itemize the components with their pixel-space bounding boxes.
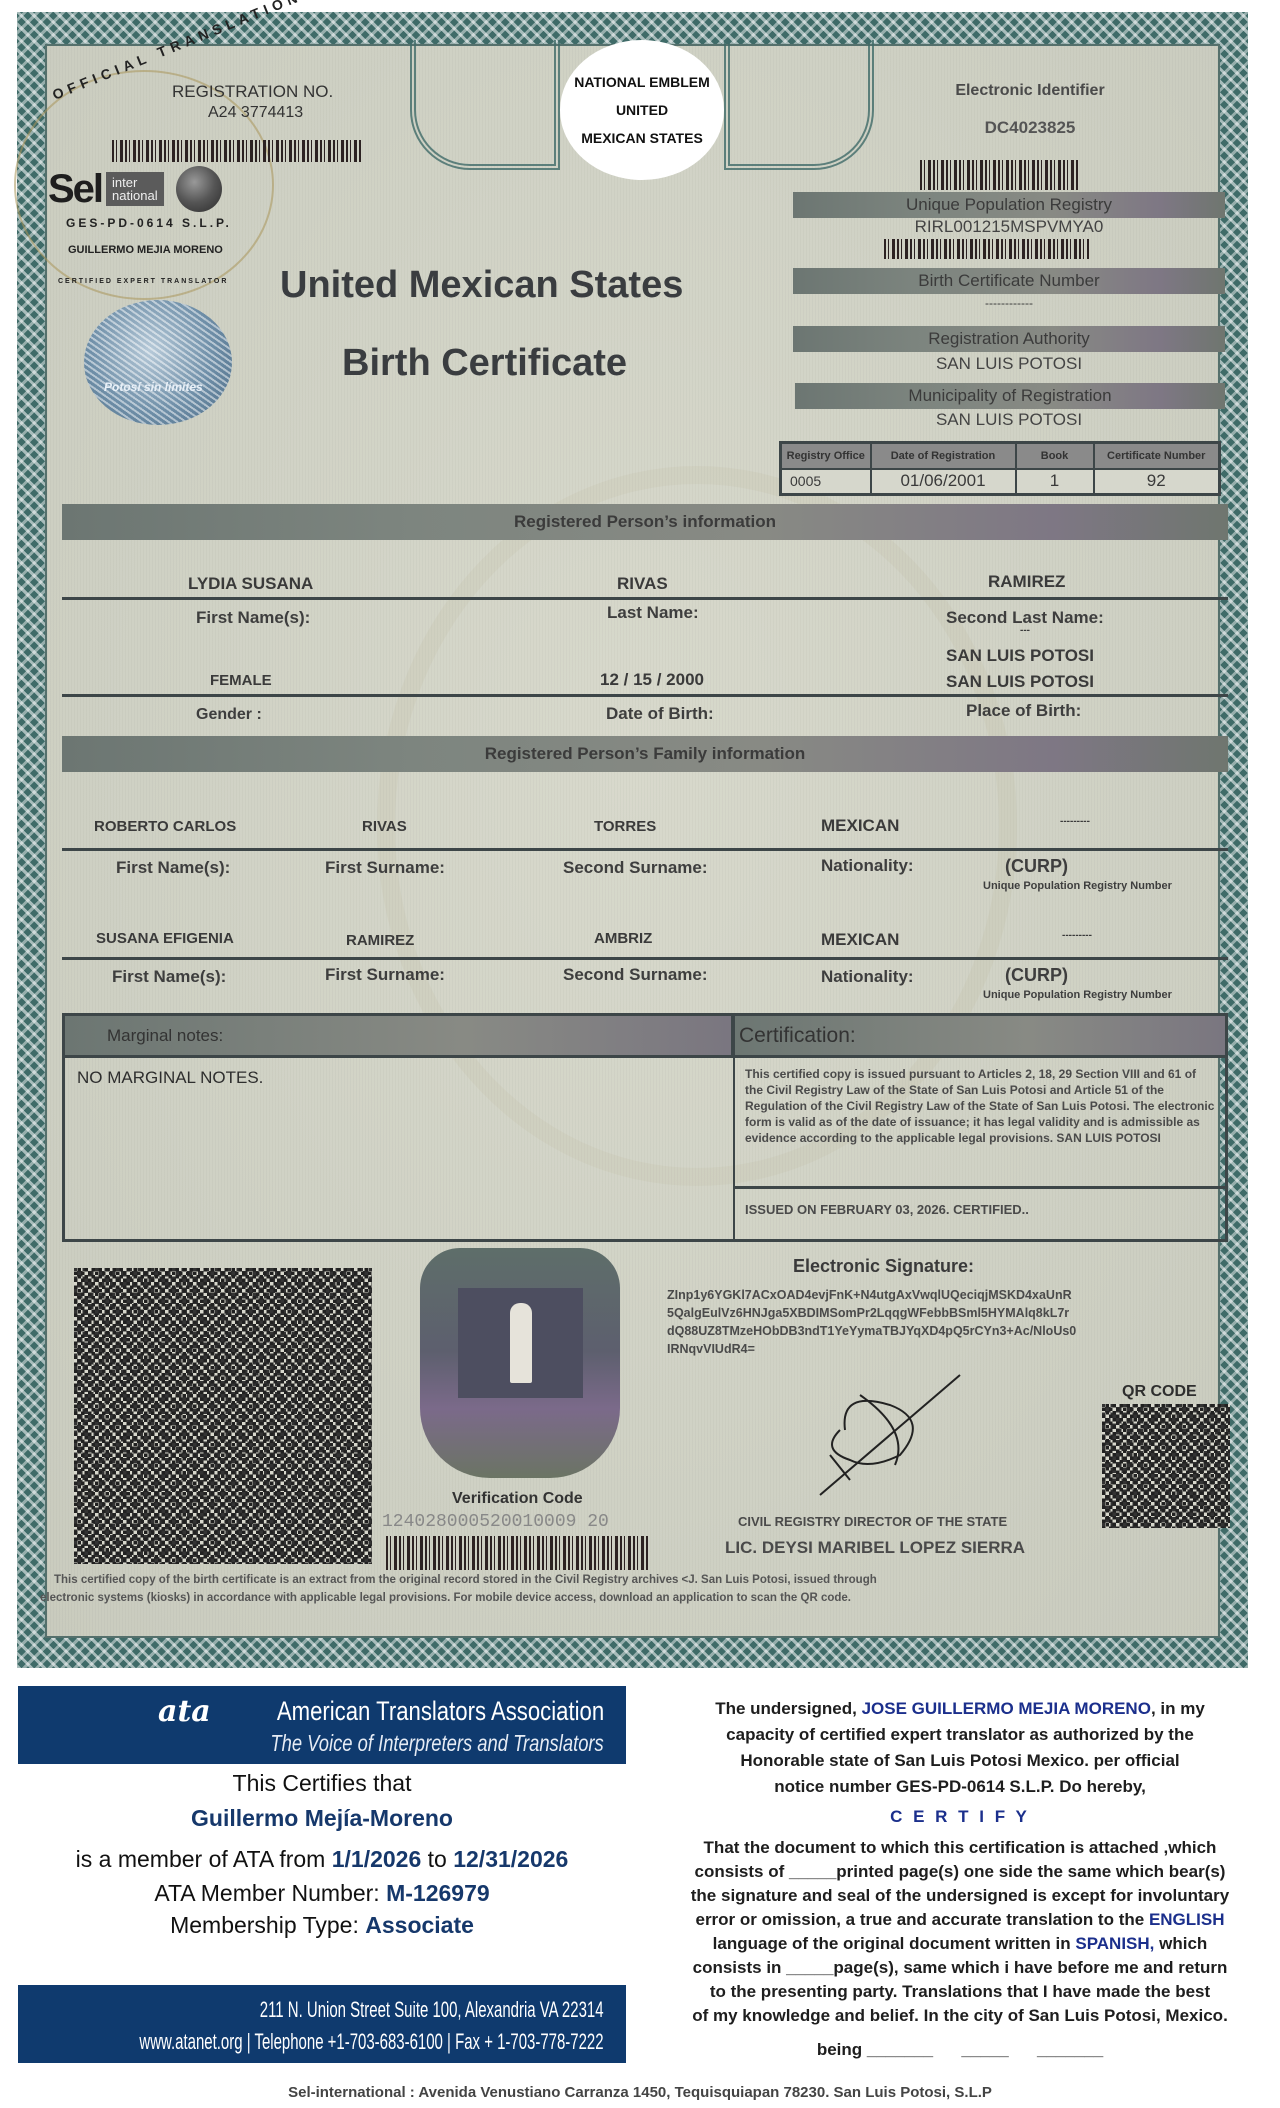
date-of-registration: 01/06/2001 — [871, 469, 1016, 495]
birth-certificate-number-bar: Birth Certificate Number — [793, 268, 1225, 294]
cert-p2-line3: the signature and seal of the undersigne… — [660, 1884, 1260, 1908]
certificate-footer-line-1: This certified copy of the birth certifi… — [54, 1574, 877, 1586]
registration-barcode — [112, 140, 362, 162]
handwritten-signature — [800, 1370, 1000, 1510]
registry-table: Registry Office Date of Registration Boo… — [779, 441, 1221, 496]
qr-code-label: QR CODE — [1122, 1383, 1197, 1401]
unique-population-registry: RIRL001215MSPVMYA0 — [793, 217, 1225, 237]
place-of-birth-label: Place of Birth: — [966, 701, 1081, 721]
ata-certifies: This Certifies that — [18, 1770, 626, 1797]
cert-p2-line5: language of the original document writte… — [660, 1932, 1260, 1956]
director-title: CIVIL REGISTRY DIRECTOR OF THE STATE — [738, 1514, 1007, 1529]
mother-first-surname: RAMIREZ — [346, 932, 414, 949]
emblem-ornament-right — [724, 40, 874, 170]
father-divider — [62, 848, 1228, 851]
cert-p2-line7: to the presenting party. Translations th… — [660, 1980, 1260, 2004]
header-book: Book — [1016, 443, 1094, 469]
cert-p1-line3: Honorable state of San Luis Potosi Mexic… — [660, 1748, 1260, 1774]
curp-barcode — [884, 239, 1089, 259]
director-name: LIC. DEYSI MARIBEL LOPEZ SIERRA — [725, 1538, 1025, 1558]
father-first-names-label: First Name(s): — [116, 858, 230, 878]
mother-nationality-label: Nationality: — [821, 967, 914, 987]
birth-certificate-number: ------------ — [793, 296, 1225, 310]
person-last-name: RIVAS — [617, 574, 668, 594]
ata-logo: ata — [158, 1694, 211, 1729]
place-of-birth-line1: SAN LUIS POTOSI — [946, 646, 1094, 666]
hologram-seal: Potosí sin límites — [84, 300, 232, 425]
father-nationality: MEXICAN — [821, 816, 899, 836]
cert-being-line: being _______ _____ _______ — [660, 2038, 1260, 2062]
notes-divider — [733, 1016, 735, 1239]
certification-header: Certification: — [733, 1016, 1225, 1058]
ata-membership-period: is a member of ATA from 1/1/2026 to 12/3… — [18, 1846, 626, 1873]
member-to-date: 12/31/2026 — [453, 1846, 568, 1872]
separator: | — [447, 2029, 451, 2054]
cert-p2-line5-suffix: which — [1154, 1934, 1207, 1953]
person-section-header: Registered Person’s information — [62, 504, 1228, 540]
cert-p2-line4: error or omission, a true and accurate t… — [660, 1908, 1260, 1932]
person-divider-1 — [62, 597, 1228, 600]
electronic-signature: ZInp1y6YGKl7ACxOAD4evjFnK+N4utgAxVwqlUQe… — [667, 1286, 1076, 1358]
coat-figure — [510, 1303, 532, 1383]
mother-first-names: SUSANA EFIGENIA — [96, 930, 234, 947]
membership-type: Associate — [365, 1912, 474, 1938]
translator-name: JOSE GUILLERMO MEJIA MORENO — [862, 1699, 1151, 1718]
emblem-line-2: UNITED — [616, 102, 668, 118]
last-name-label: Last Name: — [607, 603, 699, 623]
globe-icon — [176, 166, 222, 212]
place-of-birth-line2: SAN LUIS POTOSI — [946, 672, 1094, 692]
cert-p1-line4: notice number GES-PD-0614 S.L.P. Do here… — [660, 1774, 1260, 1800]
certification-divider — [735, 1186, 1225, 1189]
electronic-signature-label: Electronic Signature: — [793, 1256, 974, 1277]
mother-curp-label: (CURP) — [1005, 965, 1068, 986]
first-names-label: First Name(s): — [196, 608, 310, 628]
mother-curp: --------- — [1062, 930, 1092, 941]
father-nationality-label: Nationality: — [821, 856, 914, 876]
gender-label: Gender : — [196, 706, 262, 724]
stamp-role: CERTIFIED EXPERT TRANSLATOR — [58, 278, 228, 285]
ata-contact: www.atanet.org | Telephone +1-703-683-61… — [140, 2029, 604, 2055]
signature-line-4: IRNqvVIUdR4= — [667, 1340, 1076, 1358]
certification-text: This certified copy is issued pursuant t… — [745, 1066, 1215, 1146]
father-first-names: ROBERTO CARLOS — [94, 818, 236, 835]
ata-website[interactable]: www.atanet.org — [140, 2029, 243, 2054]
cert-p1-suffix: , in my — [1151, 1699, 1205, 1718]
ata-membership-type-line: Membership Type: Associate — [18, 1912, 626, 1939]
cert-p1-line1: The undersigned, JOSE GUILLERMO MEJIA MO… — [660, 1696, 1260, 1722]
registry-office: 0005 — [781, 469, 871, 495]
emblem-line-1: NATIONAL EMBLEM — [574, 74, 710, 90]
cert-p2-line5-prefix: language of the original document writte… — [713, 1934, 1076, 1953]
mother-nationality: MEXICAN — [821, 930, 899, 950]
ata-telephone: Telephone +1-703-683-6100 — [255, 2029, 443, 2054]
marginal-notes-label: Marginal notes: — [107, 1026, 223, 1046]
ata-member-number-line: ATA Member Number: M-126979 — [18, 1880, 626, 1907]
electronic-identifier-label: Electronic Identifier — [880, 82, 1180, 100]
sel-logo-line2: national — [112, 189, 158, 202]
cert-p1-line2: capacity of certified expert translator … — [660, 1722, 1260, 1748]
signature-line-1: ZInp1y6YGKl7ACxOAD4evjFnK+N4utgAxVwqlUQe… — [667, 1286, 1076, 1304]
father-first-surname-label: First Surname: — [325, 858, 445, 878]
title-country: United Mexican States — [280, 264, 683, 307]
cert-p2-line1: That the document to which this certific… — [660, 1836, 1260, 1860]
ata-member-name: Guillermo Mejía-Moreno — [18, 1805, 626, 1832]
state-coat-of-arms — [420, 1248, 620, 1478]
cert-p2-line8: of my knowledge and belief. In the city … — [660, 2004, 1260, 2028]
municipality: SAN LUIS POTOSI — [793, 410, 1225, 430]
unique-population-registry-bar: Unique Population Registry — [793, 192, 1225, 218]
separator: | — [247, 2029, 251, 2054]
ata-tagline: The Voice of Interpreters and Translator… — [271, 1730, 604, 1757]
mother-curp-desc: Unique Population Registry Number — [983, 989, 1172, 1001]
person-divider-2 — [62, 694, 1228, 697]
marginal-notes-header: Marginal notes: — [65, 1016, 733, 1058]
sel-international-address: Sel-international : Avenida Venustiano C… — [0, 2084, 1280, 2101]
second-last-name-dashes: --- — [1020, 625, 1030, 636]
stamp-license: GES-PD-0614 S.L.P. — [66, 216, 232, 230]
cert-p1-prefix: The undersigned, — [715, 1699, 861, 1718]
ata-address-banner: 211 N. Union Street Suite 100, Alexandri… — [18, 1985, 626, 2063]
notes-certification-box: Marginal notes: Certification: NO MARGIN… — [62, 1013, 1228, 1242]
registry-table-header: Registry Office Date of Registration Boo… — [781, 443, 1220, 469]
registration-no-label: REGISTRATION NO. — [172, 82, 333, 102]
sel-logo-mark: Sel — [48, 167, 102, 212]
translator-certification: The undersigned, JOSE GUILLERMO MEJIA MO… — [660, 1696, 1260, 1830]
book: 1 — [1016, 469, 1094, 495]
father-curp: --------- — [1060, 816, 1090, 827]
issued-text: ISSUED ON FEBRUARY 03, 2026. CERTIFIED.. — [745, 1202, 1029, 1217]
registration-authority: SAN LUIS POTOSI — [793, 354, 1225, 374]
member-from-prefix: is a member of ATA from — [76, 1846, 332, 1872]
sel-logo-box: inter national — [106, 172, 164, 206]
registration-authority-bar: Registration Authority — [793, 326, 1225, 352]
father-second-surname: TORRES — [594, 818, 656, 835]
member-number-label: ATA Member Number: — [154, 1880, 386, 1906]
identifier-barcode — [920, 160, 1078, 190]
qr-code — [1102, 1404, 1230, 1528]
verification-code: 124028000520010009 20 — [382, 1512, 609, 1532]
stamp-translator: GUILLERMO MEJIA MORENO — [68, 244, 223, 256]
cert-p2-line4-prefix: error or omission, a true and accurate t… — [695, 1910, 1148, 1929]
ata-address: 211 N. Union Street Suite 100, Alexandri… — [260, 1997, 604, 2023]
mother-second-surname-label: Second Surname: — [563, 965, 708, 985]
ata-header-banner: ata American Translators Association The… — [18, 1686, 626, 1764]
mother-second-surname: AMBRIZ — [594, 930, 652, 947]
member-number: M-126979 — [386, 1880, 490, 1906]
father-first-surname: RIVAS — [362, 818, 407, 835]
signature-line-3: dQ88UZ8TMzeHObDB3ndT1YeYymaTBJYqXD4pQ5rC… — [667, 1322, 1076, 1340]
header-certificate-number: Certificate Number — [1094, 443, 1220, 469]
member-to-prefix: to — [421, 1846, 453, 1872]
gender: FEMALE — [210, 672, 272, 689]
national-emblem: NATIONAL EMBLEM UNITED MEXICAN STATES — [560, 40, 724, 180]
mother-divider — [62, 957, 1228, 960]
person-first-names: LYDIA SUSANA — [188, 574, 313, 594]
registry-table-row: 0005 01/06/2001 1 92 — [781, 469, 1220, 495]
marginal-notes-text: NO MARGINAL NOTES. — [77, 1068, 263, 1088]
date-of-birth-label: Date of Birth: — [606, 704, 714, 724]
municipality-bar: Municipality of Registration — [795, 383, 1225, 409]
member-from-date: 1/1/2026 — [332, 1846, 422, 1872]
electronic-identifier: DC4023825 — [880, 118, 1180, 138]
header-date-of-registration: Date of Registration — [871, 443, 1016, 469]
verification-code-label: Verification Code — [452, 1490, 583, 1508]
sel-logo: Sel inter national — [48, 166, 222, 212]
ata-org-name: American Translators Association — [277, 1696, 604, 1727]
registration-no: A24 3774413 — [208, 104, 303, 122]
cert-p2-line6: consists in _____page(s), same which i h… — [660, 1956, 1260, 1980]
signature-line-2: 5QalgEulVz6HNJga5XBDIMSomPr2LqqgWFebbBSm… — [667, 1304, 1076, 1322]
date-of-birth: 12 / 15 / 2000 — [600, 670, 704, 690]
certificate-footer-line-2: electronic systems (kiosks) in accordanc… — [40, 1592, 851, 1604]
verification-barcode — [386, 1536, 650, 1570]
datamatrix-code — [74, 1268, 372, 1564]
certification-label: Certification: — [739, 1024, 856, 1048]
header-registry-office: Registry Office — [781, 443, 871, 469]
certify-heading: C E R T I F Y — [660, 1804, 1260, 1830]
father-curp-label: (CURP) — [1005, 856, 1068, 877]
father-curp-desc: Unique Population Registry Number — [983, 880, 1172, 892]
membership-type-label: Membership Type: — [170, 1912, 365, 1938]
emblem-ornament-left — [410, 40, 560, 170]
hologram-text: Potosí sin límites — [104, 380, 203, 394]
source-language: SPANISH, — [1075, 1934, 1154, 1953]
target-language: ENGLISH — [1149, 1910, 1225, 1929]
translator-certification-body: That the document to which this certific… — [660, 1836, 1260, 2062]
ata-fax: Fax + 1-703-778-7222 — [456, 2029, 604, 2054]
mother-first-names-label: First Name(s): — [112, 967, 226, 987]
cert-p2-line2: consists of _____printed page(s) one sid… — [660, 1860, 1260, 1884]
mother-first-surname-label: First Surname: — [325, 965, 445, 985]
certificate-number: 92 — [1094, 469, 1220, 495]
father-second-surname-label: Second Surname: — [563, 858, 708, 878]
family-section-header: Registered Person’s Family information — [62, 736, 1228, 772]
emblem-line-3: MEXICAN STATES — [581, 130, 703, 146]
title-document: Birth Certificate — [342, 342, 627, 385]
person-second-last-name: RAMIREZ — [988, 572, 1065, 592]
